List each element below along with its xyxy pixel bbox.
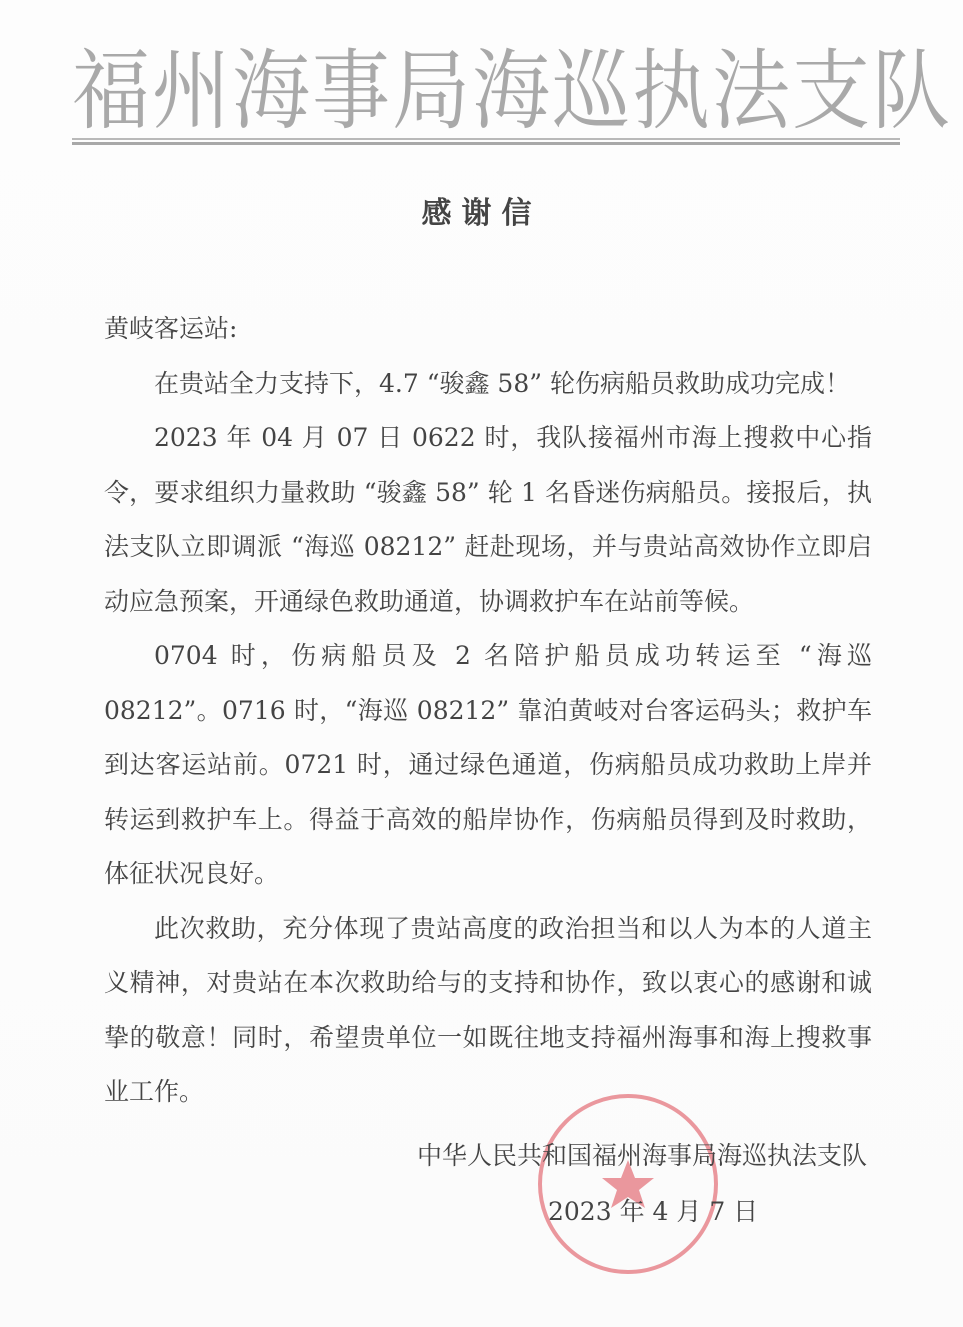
paragraph-3: 0704 时，伤病船员及 2 名陪护船员成功转运至 “海巡 08212”。071… [104, 629, 872, 902]
letter-page: 福州海事局海巡执法支队 感谢信 黄岐客运站: 在贵站全力支持下，4.7 “骏鑫 … [0, 0, 963, 1327]
letter-body: 黄岐客运站: 在贵站全力支持下，4.7 “骏鑫 58” 轮伤病船员救助成功完成！… [104, 302, 872, 1120]
signature-org: 中华人民共和国福州海事局海巡执法支队 [417, 1136, 867, 1172]
star-icon [542, 1098, 714, 1270]
signature-date: 2023 年 4 月 7 日 [548, 1192, 758, 1228]
salutation: 黄岐客运站: [104, 302, 872, 357]
official-seal [538, 1094, 718, 1274]
letterhead-title: 福州海事局海巡执法支队 [72, 36, 902, 148]
letterhead-divider [72, 138, 900, 145]
document-title: 感谢信 [0, 188, 963, 232]
paragraph-4: 此次救助，充分体现了贵站高度的政治担当和以人为本的人道主义精神，对贵站在本次救助… [104, 902, 872, 1120]
paragraph-2: 2023 年 04 月 07 日 0622 时，我队接福州市海上搜救中心指令，要… [104, 411, 872, 629]
paragraph-1: 在贵站全力支持下，4.7 “骏鑫 58” 轮伤病船员救助成功完成！ [104, 357, 872, 412]
